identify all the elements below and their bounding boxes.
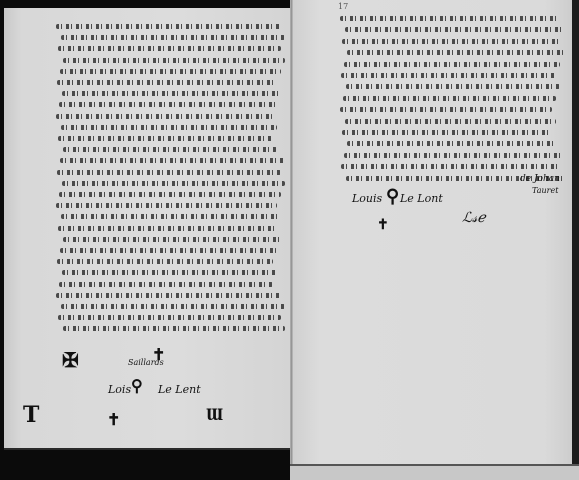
signature-name: Le Lent (158, 383, 201, 396)
handwritten-line (62, 89, 281, 98)
page-number: 17 (338, 2, 348, 11)
page-bottom-edge (290, 464, 579, 480)
handwritten-line (56, 112, 273, 121)
handwritten-line (56, 291, 281, 300)
cross-mark: ✝ (377, 215, 389, 235)
signature-name: Lois (108, 383, 131, 396)
handwritten-line (62, 179, 285, 188)
signature-name: Le Lont (400, 192, 443, 205)
handwritten-line (346, 82, 560, 91)
handwritten-line (342, 128, 552, 137)
handwritten-line (341, 71, 556, 80)
handwritten-line (63, 324, 285, 333)
handwritten-line (63, 235, 281, 244)
handwritten-line (62, 268, 277, 277)
monogram-mark: ⚲ (386, 187, 399, 207)
signature-fragment: Saillards (128, 358, 164, 367)
handwritten-line (59, 190, 281, 199)
handwritten-line (340, 105, 552, 114)
cross-mark: ✝ (107, 410, 120, 430)
handwritten-line (341, 162, 560, 171)
signature-name: de Johan (520, 174, 560, 184)
handwritten-line (58, 134, 273, 143)
handwritten-line (58, 44, 281, 53)
handwritten-line (343, 94, 556, 103)
x-mark-signature: ✠ (62, 350, 79, 370)
handwritten-line (60, 67, 281, 76)
handwritten-line (63, 145, 277, 154)
signature-name: Tauret (532, 186, 558, 195)
t-mark: T (23, 405, 39, 425)
handwritten-line (63, 56, 285, 65)
handwritten-line (61, 33, 285, 42)
scan-edge (572, 0, 579, 480)
handwritten-line (340, 14, 560, 23)
handwritten-line (59, 100, 277, 109)
handwritten-line (58, 224, 277, 233)
handwritten-line (57, 257, 273, 266)
handwritten-line (61, 123, 277, 132)
handwritten-line (344, 151, 564, 160)
signature-name: Louis (352, 192, 382, 205)
handwritten-line (345, 117, 556, 126)
page-fold (290, 0, 293, 470)
handwritten-line (57, 78, 277, 87)
monogram-mark: Ɯ (206, 405, 223, 425)
handwritten-line (342, 37, 560, 46)
handwritten-line (57, 168, 281, 177)
handwritten-line (58, 313, 281, 322)
handwritten-line (56, 22, 281, 31)
handwritten-line (345, 25, 564, 34)
handwritten-line (60, 246, 277, 255)
handwritten-line (347, 139, 556, 148)
handwritten-line (344, 60, 560, 69)
handwritten-line (60, 156, 285, 165)
handwritten-line (59, 280, 273, 289)
handwritten-line (347, 48, 564, 57)
monogram-mark: ⚲ (131, 376, 143, 396)
handwritten-line (56, 201, 277, 210)
handwritten-line (61, 212, 281, 221)
flourish-signature: ℒ𝓈ℯ (462, 210, 486, 226)
handwritten-line (61, 302, 285, 311)
